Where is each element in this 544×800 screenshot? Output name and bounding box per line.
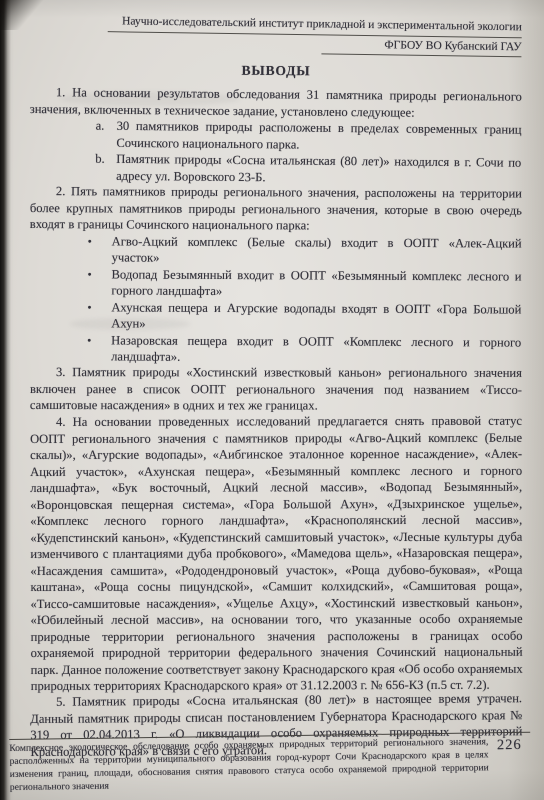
paragraph-4: 4. На основании проведенных исследований… xyxy=(30,412,523,694)
paragraph-3: 3. Памятник природы «Хостинский известко… xyxy=(30,364,522,414)
paragraph-2: 2. Пять памятников природы регионального… xyxy=(30,183,522,235)
bullet-item-1-text: Агво-Ацкий комплекс (Белые скалы) входит… xyxy=(112,232,522,267)
list-marker-b: b. xyxy=(95,150,116,183)
footer-body: Комплексное экологическое обследование о… xyxy=(9,736,531,795)
bullet-item-3-text: Ахунская пещера и Агурские водопады вход… xyxy=(111,298,521,333)
book-binding-shadow xyxy=(0,0,11,800)
list-item-b-text: Памятник природы «Сосна итальянская (80 … xyxy=(116,150,521,187)
page-header: Научно-исследовательский институт прикла… xyxy=(29,13,521,57)
report-footnote: Комплексное экологическое обследование о… xyxy=(9,737,489,795)
bullet-icon: • xyxy=(87,331,111,364)
bullet-item-4: • Назаровская пещера входит в ООПТ «Комп… xyxy=(29,331,521,367)
paragraph-1: 1. На основании результатов обследования… xyxy=(30,84,522,122)
scanned-document-page: Научно-исследовательский институт прикла… xyxy=(0,0,544,800)
bullet-item-4-text: Назаровская пещера входит в ООПТ «Компле… xyxy=(111,331,521,366)
page-title: ВЫВОДЫ xyxy=(30,61,522,82)
list-item-a: a. 30 памятников природы расположены в п… xyxy=(29,116,521,154)
bullet-item-2-text: Водопад Безымянный входит в ООПТ «Безымя… xyxy=(111,265,521,300)
conclusion-1-block: 1. На основании результатов обследования… xyxy=(29,84,522,188)
bullet-item-1: • Агво-Ацкий комплекс (Белые скалы) вход… xyxy=(30,232,522,268)
page-number: 226 xyxy=(488,736,530,755)
page-body: Научно-исследовательский институт прикла… xyxy=(30,8,522,760)
list-item-b: b. Памятник природы «Сосна итальянская (… xyxy=(29,149,521,187)
conclusion-2-block: 2. Пять памятников природы регионального… xyxy=(29,183,522,367)
university-name: ФГБОУ ВО Кубанский ГАУ xyxy=(321,35,521,57)
bullet-icon: • xyxy=(87,298,111,331)
page-footer: Комплексное экологическое обследование о… xyxy=(9,732,531,795)
bullet-item-2: • Водопад Безымянный входит в ООПТ «Безы… xyxy=(29,265,521,301)
institute-name: Научно-исследовательский институт прикла… xyxy=(108,14,522,38)
conclusion-4-block: 4. На основании проведенных исследований… xyxy=(30,412,523,694)
list-item-a-text: 30 памятников природы расположены в пред… xyxy=(116,117,521,154)
bullet-item-3: • Ахунская пещера и Агурские водопады вх… xyxy=(29,298,521,334)
list-marker-a: a. xyxy=(95,117,116,150)
bullet-icon: • xyxy=(87,265,111,298)
conclusion-3-block: 3. Памятник природы «Хостинский известко… xyxy=(30,364,522,414)
bullet-icon: • xyxy=(88,232,112,265)
